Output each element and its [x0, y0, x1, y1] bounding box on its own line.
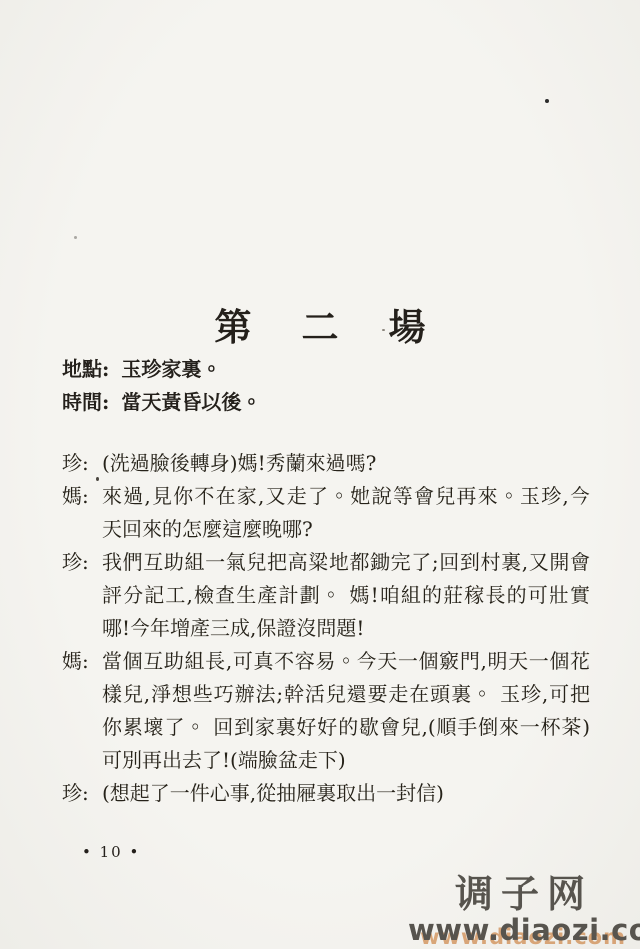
scan-speck — [96, 477, 99, 481]
speaker-label: 珍: — [62, 777, 89, 810]
speech-zhen-2: 珍: 我們互助組一氣兒把高粱地都鋤完了;回到村裏,又開會 評分記工,檢查生產計劃… — [62, 546, 590, 645]
speech-ma-1: 媽: 來過,見你不在家,又走了。她說等會兒再來。玉珍,今 天回來的怎麼這麼晚哪? — [62, 480, 590, 546]
location-value: 玉珍家裏。 — [121, 357, 221, 381]
dialogue-block: 珍: (洗過臉後轉身)媽!秀蘭來過嗎? 媽: 來過,見你不在家,又走了。她說等會… — [62, 447, 590, 810]
watermark-site-name: 调子网 — [408, 875, 640, 915]
watermark-site-url: www.diaozi.com — [408, 915, 640, 945]
scene-title: 第二場 — [0, 297, 640, 351]
time-value: 當天黃昏以後。 — [121, 390, 261, 414]
scan-speck — [74, 236, 77, 239]
speech-zhen-3: 珍: (想起了一件心事,從抽屜裏取出一封信) — [62, 777, 590, 810]
speaker-label: 媽: — [62, 645, 89, 678]
page-number: • 10 • — [82, 843, 140, 861]
dialogue-line: 評分記工,檢查生產計劃。 媽!咱組的莊稼長的可壯實 — [102, 579, 590, 612]
speaker-label: 媽: — [62, 480, 89, 513]
speech-zhen-1: 珍: (洗過臉後轉身)媽!秀蘭來過嗎? — [62, 447, 590, 480]
speaker-label: 珍: — [62, 447, 89, 480]
scan-speck — [545, 99, 549, 103]
dialogue-line: 可別再出去了!(端臉盆走下) — [102, 744, 590, 777]
scan-speck — [382, 329, 385, 331]
scanned-book-page: 第二場 地點:玉珍家裏。 時間:當天黃昏以後。 珍: (洗過臉後轉身)媽!秀蘭來… — [0, 0, 640, 949]
dialogue-line: 當個互助組長,可真不容易。今天一個竅門,明天一個花 — [102, 645, 590, 678]
dialogue-line: 來過,見你不在家,又走了。她說等會兒再來。玉珍,今 — [102, 480, 590, 513]
location-row: 地點:玉珍家裏。 — [62, 353, 261, 386]
dialogue-line: 我們互助組一氣兒把高粱地都鋤完了;回到村裏,又開會 — [102, 546, 590, 579]
speech-ma-2: 媽: 當個互助組長,可真不容易。今天一個竅門,明天一個花 樣兒,淨想些巧辦法;幹… — [62, 645, 590, 777]
speaker-label: 珍: — [62, 546, 89, 579]
dialogue-line: 樣兒,淨想些巧辦法;幹活兒還要走在頭裏。 玉珍,可把 — [102, 678, 590, 711]
dialogue-line: 哪!今年增產三成,保證沒問題! — [102, 612, 590, 645]
dialogue-line: 你累壞了。 回到家裏好好的歇會兒,(順手倒來一杯茶) — [102, 711, 590, 744]
dialogue-line: 天回來的怎麼這麼晚哪? — [102, 513, 590, 546]
dialogue-line: (想起了一件心事,從抽屜裏取出一封信) — [102, 777, 590, 810]
time-label: 時間: — [62, 390, 109, 414]
time-row: 時間:當天黃昏以後。 — [62, 386, 261, 419]
site-watermark: www.diaozi.com 调子网 www.diaozi.com — [408, 875, 640, 945]
dialogue-line: (洗過臉後轉身)媽!秀蘭來過嗎? — [102, 447, 590, 480]
location-label: 地點: — [62, 357, 109, 381]
scene-meta: 地點:玉珍家裏。 時間:當天黃昏以後。 — [62, 353, 261, 419]
